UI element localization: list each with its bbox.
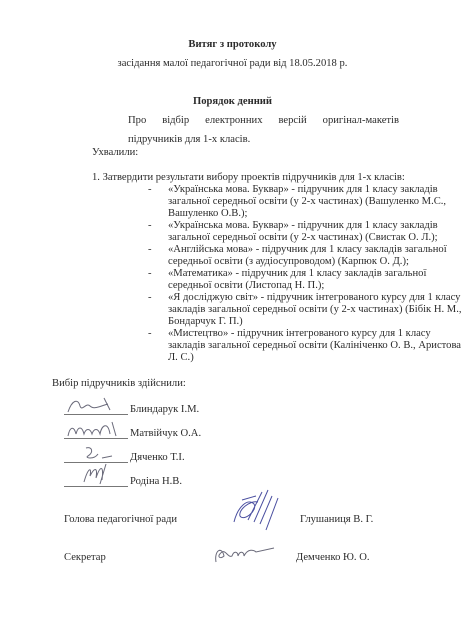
chair-name: Глушаниця В. Г. [300, 514, 373, 525]
book-line: закладів загальної середньої освіти (Кал… [168, 340, 401, 351]
book-line: Л. С.) [168, 352, 194, 363]
signature-line [64, 486, 128, 487]
agenda-line-2: підручників для 1-х класів. [128, 134, 250, 145]
bullet-dash: - [148, 244, 152, 255]
book-line: «Мистецтво» - підручник інтегрованого ку… [168, 328, 401, 339]
agenda-heading: Порядок денний [0, 96, 465, 107]
bullet-dash: - [148, 220, 152, 231]
chair-role: Голова педагогічної ради [64, 514, 177, 525]
signature-icon [210, 542, 280, 566]
document-subtitle: засідання малої педагогічної ради від 18… [0, 58, 465, 69]
signature-icon [228, 486, 288, 536]
bullet-dash: - [148, 292, 152, 303]
secretary-role: Секретар [64, 552, 106, 563]
signer-name: Родіна Н.В. [130, 476, 182, 487]
book-line: середньої освіти (з аудіосупроводом) (Ка… [168, 256, 409, 267]
signature-icon [64, 420, 124, 440]
bullet-dash: - [148, 184, 152, 195]
signature-icon [64, 444, 124, 464]
book-line: «Англійська мова» - підручник для 1 клас… [168, 244, 401, 255]
agenda-line-1: Про відбір електронних версій оригінал-м… [128, 115, 399, 126]
book-line: загальної середньої освіти (у 2-х частин… [168, 232, 438, 243]
signer-name: Дяченко Т.І. [130, 452, 185, 463]
book-line: «Математика» - підручник для 1 класу зак… [168, 268, 401, 279]
resolution-item-1: 1. Затвердити результати вибору проектів… [92, 172, 405, 183]
resolved-label: Ухвалили: [92, 147, 138, 158]
book-line: загальної середньої освіти (у 2-х частин… [168, 196, 401, 207]
bullet-dash: - [148, 328, 152, 339]
bullet-dash: - [148, 268, 152, 279]
book-line: закладів загальної середньої освіти (у 2… [168, 304, 401, 315]
signature-icon [64, 462, 124, 486]
book-line: «Українська мова. Буквар» - підручник дл… [168, 220, 401, 231]
secretary-name: Демченко Ю. О. [296, 552, 370, 563]
selection-label: Вибір підручників здійснили: [52, 378, 186, 389]
document-title: Витяг з протоколу [0, 39, 465, 50]
book-line: «Українська мова. Буквар» - підручник дл… [168, 184, 401, 195]
signer-name: Матвійчук О.А. [130, 428, 201, 439]
book-line: «Я досліджую світ» - підручник інтегрова… [168, 292, 401, 303]
signature-icon [64, 396, 124, 416]
book-line: середньої освіти (Листопад Н. П.); [168, 280, 324, 291]
signer-name: Блиндарук І.М. [130, 404, 199, 415]
book-line: Вашуленко О.В.); [168, 208, 247, 219]
book-line: Бондарчук Г. П.) [168, 316, 243, 327]
